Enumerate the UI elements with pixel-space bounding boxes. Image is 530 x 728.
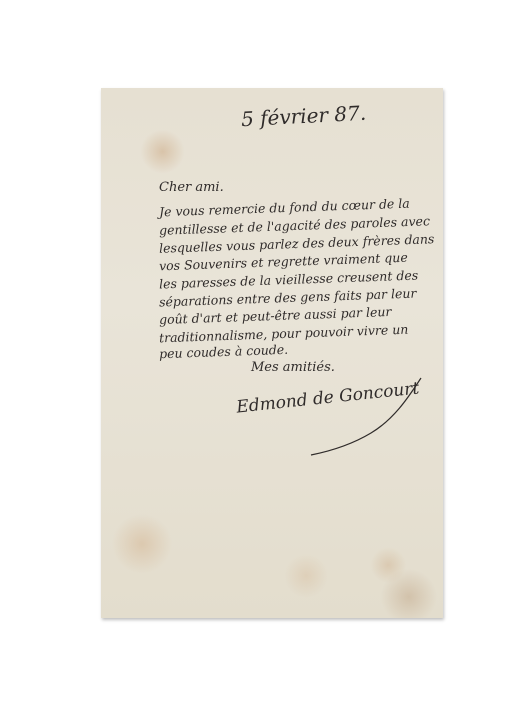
letter-paper: 5 février 87. Cher ami. Je vous remercie… <box>101 88 443 618</box>
signature-flourish-icon <box>301 373 431 463</box>
body-line: peu coudes à coude. <box>159 342 289 361</box>
letter-date: 5 février 87. <box>240 101 366 132</box>
letter-greeting: Cher ami. <box>159 180 224 195</box>
